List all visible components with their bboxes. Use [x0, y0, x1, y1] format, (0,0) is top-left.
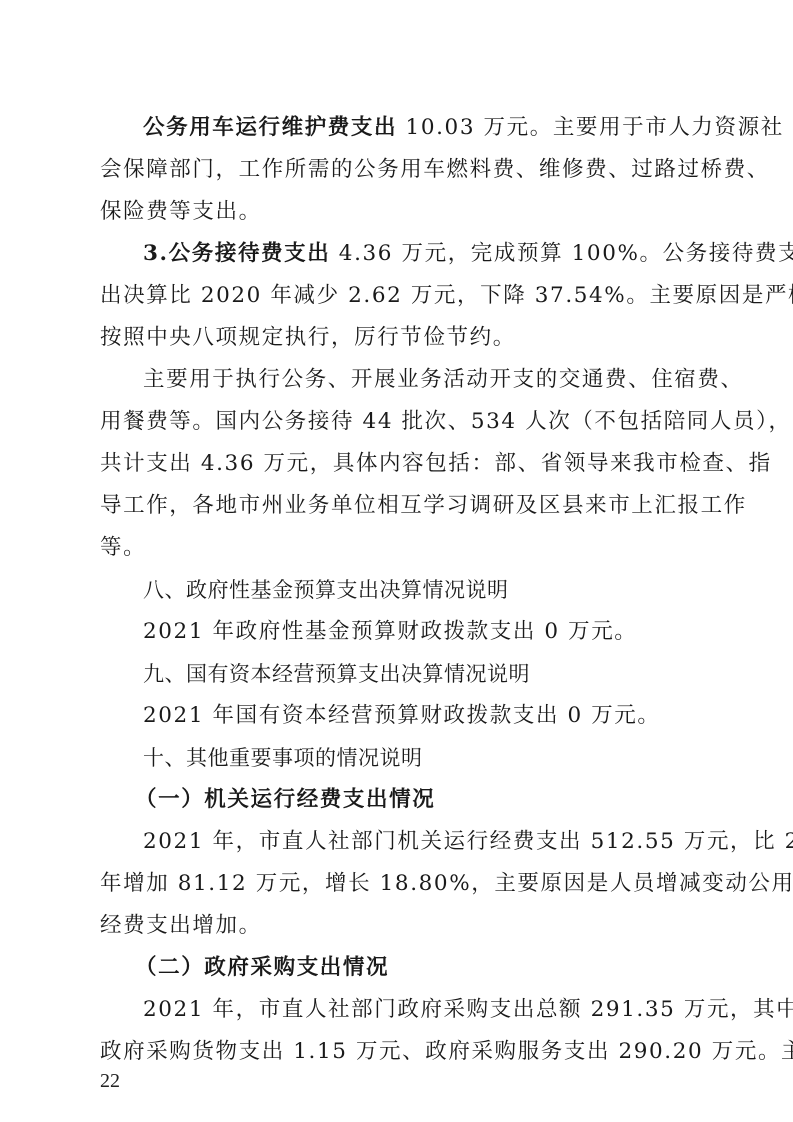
section-10-heading: 十、其他重要事项的情况说明 [143, 742, 743, 774]
paragraph-reception-line-3: 按照中央八项规定执行，厉行节俭节约。 [100, 322, 700, 354]
paragraph-reception-detail-line-5: 等。 [100, 532, 700, 564]
page-number: 22 [100, 1070, 120, 1093]
paragraph-vehicle-maintenance-line-1: 公务用车运行维护费支出 10.03 万元。主要用于市人力资源社 [143, 112, 743, 144]
text-run: 4.36 万元，完成预算 100%。公务接待费支 [330, 241, 793, 266]
paragraph-reception-detail-line-1: 主要用于执行公务、开展业务活动开支的交通费、住宿费、 [143, 364, 743, 396]
section-8-body: 2021 年政府性基金预算财政拨款支出 0 万元。 [143, 616, 743, 648]
subsection-operating-expenses-heading: （一）机关运行经费支出情况 [135, 784, 735, 816]
paragraph-reception-detail-line-3: 共计支出 4.36 万元，具体内容包括：部、省领导来我市检查、指 [100, 448, 700, 480]
text-run: 10.03 万元。主要用于市人力资源社 [397, 115, 784, 140]
paragraph-reception-line-2: 出决算比 2020 年减少 2.62 万元，下降 37.54%。主要原因是严格 [100, 280, 700, 312]
subsection-procurement-line-2: 政府采购货物支出 1.15 万元、政府采购服务支出 290.20 万元。主 [100, 1036, 700, 1068]
bold-term: 3.公务接待费支出 [143, 241, 330, 266]
subsection-procurement-line-1: 2021 年，市直人社部门政府采购支出总额 291.35 万元，其中： [143, 994, 743, 1026]
subsection-procurement-heading: （二）政府采购支出情况 [135, 952, 735, 984]
document-page: 公务用车运行维护费支出 10.03 万元。主要用于市人力资源社 会保障部门，工作… [0, 0, 793, 1122]
paragraph-reception-line-1: 3.公务接待费支出 4.36 万元，完成预算 100%。公务接待费支 [143, 238, 743, 270]
subsection-operating-expenses-line-2: 年增加 81.12 万元，增长 18.80%，主要原因是人员增减变动公用 [100, 868, 700, 900]
paragraph-reception-detail-line-4: 导工作，各地市州业务单位相互学习调研及区县来市上汇报工作 [100, 490, 700, 522]
section-9-body: 2021 年国有资本经营预算财政拨款支出 0 万元。 [143, 700, 743, 732]
subsection-operating-expenses-line-1: 2021 年，市直人社部门机关运行经费支出 512.55 万元，比 2020 [143, 826, 743, 858]
paragraph-vehicle-maintenance-line-2: 会保障部门，工作所需的公务用车燃料费、维修费、过路过桥费、 [100, 154, 700, 186]
paragraph-reception-detail-line-2: 用餐费等。国内公务接待 44 批次、534 人次（不包括陪同人员）， [100, 406, 700, 438]
section-8-heading: 八、政府性基金预算支出决算情况说明 [143, 574, 743, 606]
subsection-operating-expenses-line-3: 经费支出增加。 [100, 910, 700, 942]
paragraph-vehicle-maintenance-line-3: 保险费等支出。 [100, 196, 700, 228]
bold-term: 公务用车运行维护费支出 [143, 115, 397, 140]
section-9-heading: 九、国有资本经营预算支出决算情况说明 [143, 658, 743, 690]
